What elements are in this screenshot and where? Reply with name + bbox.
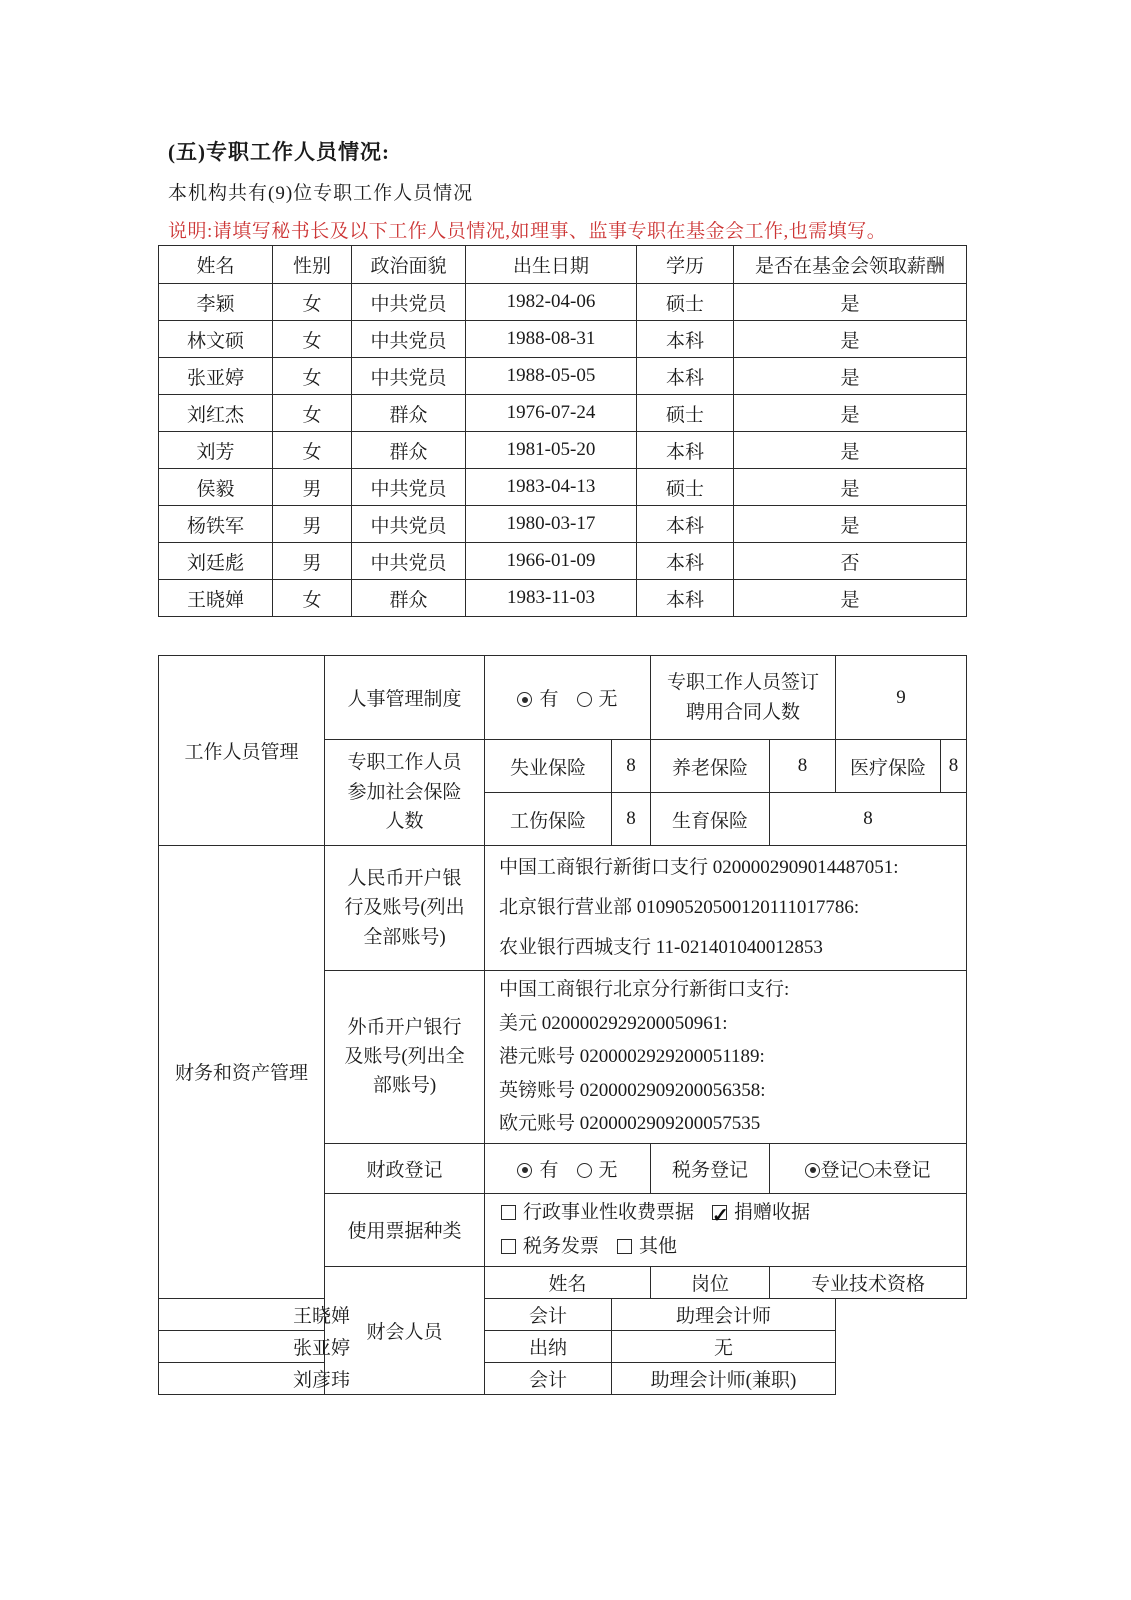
staff-political-cell: 群众 [352,580,466,617]
insurance-value-cell: 8 [770,793,967,846]
staff-birthdate-cell: 1966-01-09 [466,543,637,580]
header-cell-name: 姓名 [159,246,273,284]
staff-education-cell: 本科 [637,358,734,395]
section-label-staff-management: 工作人员管理 [159,656,325,846]
header-cell-gender: 性别 [273,246,352,284]
accounting-qualification-cell: 助理会计师 [612,1298,836,1330]
radio-label-yes: 有 [539,689,558,710]
staff-table: 姓名 性别 政治面貌 出生日期 学历 是否在基金会领取薪酬 李颖 女 中共党员 … [158,245,967,617]
accounting-post-cell: 会计 [485,1298,612,1330]
fiscal-reg-label-cell: 财政登记 [325,1143,485,1193]
staff-salary-cell: 是 [734,432,967,469]
staff-name-cell: 李颖 [159,284,273,321]
staff-gender-cell: 女 [273,432,352,469]
checkbox-label: 行政事业性收费票据 [523,1202,694,1223]
staff-name-cell: 林文硕 [159,321,273,358]
staff-education-cell: 本科 [637,321,734,358]
checkbox-unchecked-icon[interactable] [617,1239,632,1254]
staff-birthdate-cell: 1976-07-24 [466,395,637,432]
staff-name-cell: 刘芳 [159,432,273,469]
section-heading: (五)专职工作人员情况: [168,136,968,166]
invoice-option-line: 行政事业性收费票据捐赠收据 [489,1196,962,1230]
staff-gender-cell: 女 [273,580,352,617]
rmb-account-line: 中国工商银行新街口支行 0200002909014487051: [499,848,956,888]
foreign-account-line: 港元账号 0200002929200051189: [499,1040,956,1074]
staff-education-cell: 硕士 [637,284,734,321]
foreign-bank-label-cell: 外币开户银行及账号(列出全部账号) [325,971,485,1144]
accounting-qualification-cell: 助理会计师(兼职) [612,1362,836,1394]
staff-count-line: 本机构共有(9)位专职工作人员情况 [168,178,968,205]
invoice-label-cell: 使用票据种类 [325,1193,485,1266]
accounting-header-post: 岗位 [651,1266,770,1298]
staff-salary-cell: 是 [734,506,967,543]
staff-row: 林文硕 女 中共党员 1988-08-31 本科 是 [159,321,967,358]
fiscal-reg-choice-cell: 有无 [485,1143,651,1193]
header-cell-salary: 是否在基金会领取薪酬 [734,246,967,284]
staff-salary-cell: 是 [734,358,967,395]
tax-reg-choice-cell: 登记未登记 [770,1143,967,1193]
foreign-account-line: 英镑账号 0200002909200056358: [499,1074,956,1108]
accounting-row: 王晓婵 会计 助理会计师 [159,1298,967,1330]
staff-row: 李颖 女 中共党员 1982-04-06 硕士 是 [159,284,967,321]
header-cell-birthdate: 出生日期 [466,246,637,284]
foreign-bank-content-cell: 中国工商银行北京分行新街口支行: 美元 0200002929200050961:… [485,971,967,1144]
radio-unselected-icon[interactable] [859,1163,874,1178]
staff-name-cell: 王晓婵 [159,580,273,617]
radio-label-yes: 有 [539,1160,558,1181]
checkbox-unchecked-icon[interactable] [501,1239,516,1254]
radio-selected-icon[interactable] [805,1163,820,1178]
checkbox-label: 其他 [639,1236,677,1257]
checkbox-checked-icon[interactable] [712,1205,727,1220]
accounting-name-cell: 刘彦玮 [159,1362,485,1394]
staff-birthdate-cell: 1983-11-03 [466,580,637,617]
foreign-account-line: 欧元账号 0200002909200057535 [499,1107,956,1141]
staff-political-cell: 群众 [352,395,466,432]
contract-count-label-cell: 专职工作人员签订聘用合同人数 [651,656,836,740]
staff-political-cell: 中共党员 [352,543,466,580]
insurance-label-cell: 失业保险 [485,740,612,793]
rmb-bank-row: 财务和资产管理 人民币开户银行及账号(列出全部账号) 中国工商银行新街口支行 0… [159,846,967,971]
staff-gender-cell: 男 [273,469,352,506]
hr-system-row: 工作人员管理 人事管理制度 有无 专职工作人员签订聘用合同人数 9 [159,656,967,740]
checkbox-label: 捐赠收据 [734,1202,810,1223]
staff-salary-cell: 是 [734,395,967,432]
staff-education-cell: 硕士 [637,395,734,432]
section-label-finance-management: 财务和资产管理 [159,846,325,1299]
radio-unselected-icon[interactable] [577,1163,592,1178]
staff-political-cell: 群众 [352,432,466,469]
insurance-label-cell: 工伤保险 [485,793,612,846]
staff-name-cell: 刘红杰 [159,395,273,432]
insurance-label-cell: 生育保险 [651,793,770,846]
staff-salary-cell: 是 [734,284,967,321]
management-finance-table: 工作人员管理 人事管理制度 有无 专职工作人员签订聘用合同人数 9 专职工作人员… [158,655,967,1395]
radio-selected-icon[interactable] [517,1163,532,1178]
insurance-label-cell: 养老保险 [651,740,770,793]
staff-education-cell: 本科 [637,506,734,543]
tax-reg-label-cell: 税务登记 [651,1143,770,1193]
staff-row: 杨铁军 男 中共党员 1980-03-17 本科 是 [159,506,967,543]
checkbox-unchecked-icon[interactable] [501,1205,516,1220]
staff-gender-cell: 男 [273,506,352,543]
staff-row: 刘廷彪 男 中共党员 1966-01-09 本科 否 [159,543,967,580]
staff-row: 刘红杰 女 群众 1976-07-24 硕士 是 [159,395,967,432]
staff-salary-cell: 是 [734,321,967,358]
instruction-note: 说明:请填写秘书长及以下工作人员情况,如理事、监事专职在基金会工作,也需填写。 [168,216,968,243]
staff-row: 王晓婵 女 群众 1983-11-03 本科 是 [159,580,967,617]
hr-system-label-cell: 人事管理制度 [325,656,485,740]
staff-gender-cell: 女 [273,358,352,395]
staff-political-cell: 中共党员 [352,506,466,543]
insurance-value-cell: 8 [941,740,967,793]
staff-name-cell: 张亚婷 [159,358,273,395]
staff-education-cell: 本科 [637,432,734,469]
staff-row: 侯毅 男 中共党员 1983-04-13 硕士 是 [159,469,967,506]
staff-birthdate-cell: 1988-08-31 [466,321,637,358]
foreign-account-line: 美元 0200002929200050961: [499,1007,956,1041]
staff-gender-cell: 男 [273,543,352,580]
rmb-bank-label-cell: 人民币开户银行及账号(列出全部账号) [325,846,485,971]
radio-label-unregistered: 未登记 [874,1160,931,1181]
header-cell-education: 学历 [637,246,734,284]
staff-birthdate-cell: 1988-05-05 [466,358,637,395]
staff-education-cell: 本科 [637,543,734,580]
staff-birthdate-cell: 1982-04-06 [466,284,637,321]
rmb-bank-content-cell: 中国工商银行新街口支行 0200002909014487051: 北京银行营业部… [485,846,967,971]
accounting-qualification-cell: 无 [612,1330,836,1362]
insurance-label-cell: 医疗保险 [836,740,941,793]
staff-birthdate-cell: 1981-05-20 [466,432,637,469]
staff-political-cell: 中共党员 [352,469,466,506]
staff-gender-cell: 女 [273,321,352,358]
staff-birthdate-cell: 1980-03-17 [466,506,637,543]
social-insurance-label-cell: 专职工作人员参加社会保险人数 [325,740,485,846]
staff-birthdate-cell: 1983-04-13 [466,469,637,506]
staff-row: 张亚婷 女 中共党员 1988-05-05 本科 是 [159,358,967,395]
staff-political-cell: 中共党员 [352,284,466,321]
accounting-header-name: 姓名 [485,1266,651,1298]
foreign-account-line: 中国工商银行北京分行新街口支行: [499,973,956,1007]
staff-gender-cell: 女 [273,284,352,321]
staff-row: 刘芳 女 群众 1981-05-20 本科 是 [159,432,967,469]
insurance-value-cell: 8 [612,740,651,793]
invoice-options-cell: 行政事业性收费票据捐赠收据 税务发票其他 [485,1193,967,1266]
hr-system-choice-cell: 有无 [485,656,651,740]
invoice-option-line: 税务发票其他 [489,1230,962,1264]
insurance-value-cell: 8 [612,793,651,846]
staff-political-cell: 中共党员 [352,358,466,395]
page-intro: (五)专职工作人员情况: 本机构共有(9)位专职工作人员情况 说明:请填写秘书长… [168,136,968,243]
accounting-header-qualification: 专业技术资格 [770,1266,967,1298]
staff-name-cell: 侯毅 [159,469,273,506]
radio-label-registered: 登记 [820,1160,858,1181]
staff-education-cell: 本科 [637,580,734,617]
staff-name-cell: 刘廷彪 [159,543,273,580]
rmb-account-line: 北京银行营业部 01090520500120111017786: [499,888,956,928]
accounting-row: 刘彦玮 会计 助理会计师(兼职) [159,1362,967,1394]
accounting-post-cell: 会计 [485,1362,612,1394]
insurance-value-cell: 8 [770,740,836,793]
staff-salary-cell: 是 [734,469,967,506]
staff-gender-cell: 女 [273,395,352,432]
accounting-post-cell: 出纳 [485,1330,612,1362]
staff-political-cell: 中共党员 [352,321,466,358]
header-cell-political: 政治面貌 [352,246,466,284]
rmb-account-line: 农业银行西城支行 11-021401040012853 [499,928,956,968]
checkbox-label: 税务发票 [523,1236,599,1257]
radio-selected-icon[interactable] [517,692,532,707]
staff-salary-cell: 是 [734,580,967,617]
staff-name-cell: 杨铁军 [159,506,273,543]
radio-label-no: 无 [599,689,618,710]
accounting-row: 张亚婷 出纳 无 [159,1330,967,1362]
contract-count-value-cell: 9 [836,656,967,740]
staff-education-cell: 硕士 [637,469,734,506]
radio-label-no: 无 [599,1160,618,1181]
staff-table-header-row: 姓名 性别 政治面貌 出生日期 学历 是否在基金会领取薪酬 [159,246,967,284]
staff-salary-cell: 否 [734,543,967,580]
radio-unselected-icon[interactable] [577,692,592,707]
